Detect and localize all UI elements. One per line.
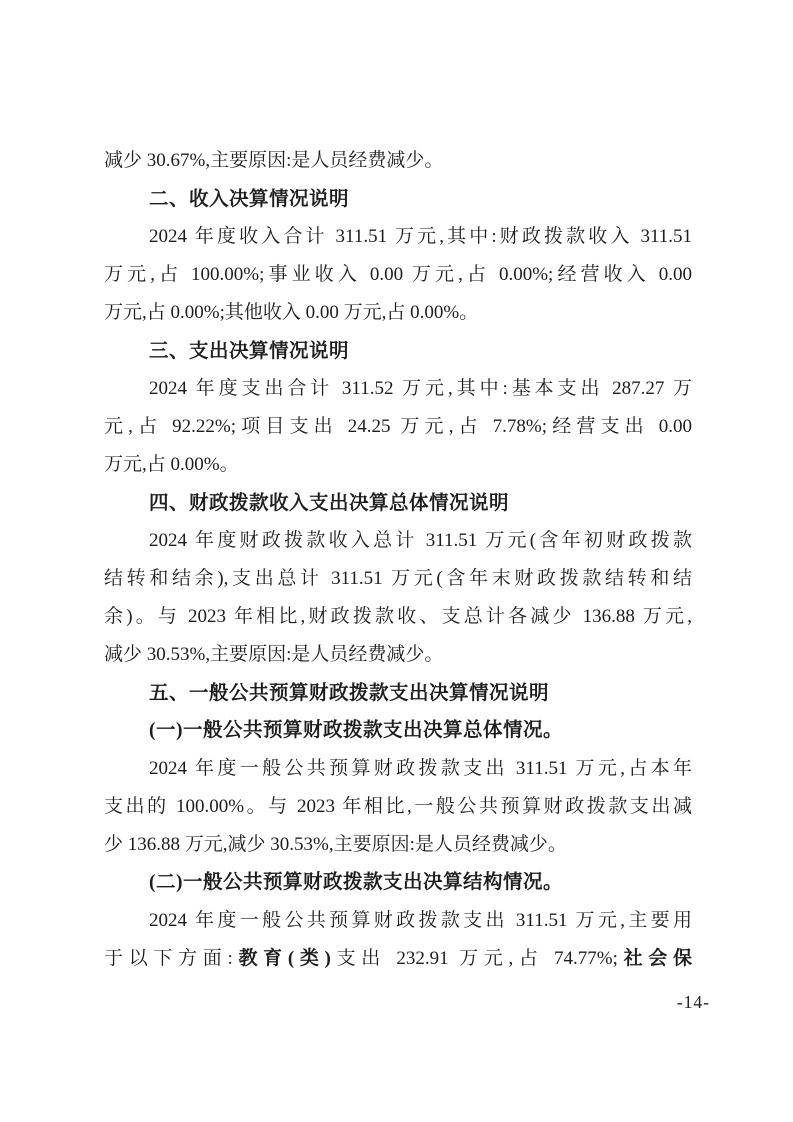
document-page: 减少 30.67%,主要原因:是人员经费减少。二、收入决算情况说明2024 年度…: [0, 0, 793, 1122]
text-segment: 余)。与 2023 年相比,财政拨款收、支总计各减少 136.88 万元,: [104, 606, 692, 627]
text-segment: 2024 年度收入合计 311.51 万元,其中:财政拨款收入 311.51: [149, 226, 692, 247]
text-segment: 于以下方面:: [104, 948, 233, 969]
document-body: 减少 30.67%,主要原因:是人员经费减少。二、收入决算情况说明2024 年度…: [104, 142, 692, 978]
section-heading: 二、收入决算情况说明: [104, 180, 692, 218]
section-heading: 三、支出决算情况说明: [104, 332, 692, 370]
text-segment: 减少 30.67%,主要原因:是人员经费减少。: [104, 150, 443, 171]
text-segment: 结转和结余),支出总计 311.51 万元(含年末财政拨款结转和结: [104, 568, 692, 589]
text-line: 余)。与 2023 年相比,财政拨款收、支总计各减少 136.88 万元,: [104, 598, 692, 636]
text-segment: 2024 年度财政拨款收入总计 311.51 万元(含年初财政拨款: [149, 530, 692, 551]
text-line: 减少 30.53%,主要原因:是人员经费减少。: [104, 636, 692, 674]
text-line: 于以下方面:教育(类)支出 232.91 万元,占 74.77%;社会保: [104, 940, 692, 978]
text-line: 结转和结余),支出总计 311.51 万元(含年末财政拨款结转和结: [104, 560, 692, 598]
text-segment: 2024 年度一般公共预算财政拨款支出 311.51 万元,主要用: [149, 910, 692, 931]
text-line: 元,占 92.22%;项目支出 24.25 万元,占 7.78%;经营支出 0.…: [104, 408, 692, 446]
text-line: 2024 年度收入合计 311.51 万元,其中:财政拨款收入 311.51: [104, 218, 692, 256]
page-number: -14-: [677, 991, 710, 1013]
subsection-heading: (二)一般公共预算财政拨款支出决算结构情况。: [104, 864, 692, 902]
emphasis-text: 四、财政拨款收入支出决算总体情况说明: [149, 491, 509, 514]
text-line: 2024 年度一般公共预算财政拨款支出 311.51 万元,占本年: [104, 750, 692, 788]
text-segment: 万元,占 0.00%;其他收入 0.00 万元,占 0.00%。: [104, 302, 478, 323]
text-segment: 万元,占 0.00%。: [104, 454, 239, 475]
emphasis-text: 二、收入决算情况说明: [149, 187, 349, 210]
text-segment: 少 136.88 万元,减少 30.53%,主要原因:是人员经费减少。: [104, 834, 567, 855]
text-segment: 支出的 100.00%。与 2023 年相比,一般公共预算财政拨款支出减: [104, 796, 692, 817]
subsection-heading: (一)一般公共预算财政拨款支出决算总体情况。: [104, 712, 692, 750]
text-line: 少 136.88 万元,减少 30.53%,主要原因:是人员经费减少。: [104, 826, 692, 864]
text-segment: 万元,占 100.00%;事业收入 0.00 万元,占 0.00%;经营收入 0…: [104, 264, 692, 285]
text-line: 万元,占 0.00%。: [104, 446, 692, 484]
text-segment: 元,占 92.22%;项目支出 24.25 万元,占 7.78%;经营支出 0.…: [104, 416, 692, 437]
text-segment: 2024 年度一般公共预算财政拨款支出 311.51 万元,占本年: [149, 758, 692, 779]
text-line: 支出的 100.00%。与 2023 年相比,一般公共预算财政拨款支出减: [104, 788, 692, 826]
text-line: 2024 年度一般公共预算财政拨款支出 311.51 万元,主要用: [104, 902, 692, 940]
text-segment: 支出 232.91 万元,占 74.77%;: [331, 948, 618, 969]
section-heading: 五、一般公共预算财政拨款支出决算情况说明: [104, 674, 692, 712]
text-line: 减少 30.67%,主要原因:是人员经费减少。: [104, 142, 692, 180]
emphasis-text: 教育(类): [233, 948, 331, 969]
emphasis-text: 三、支出决算情况说明: [149, 339, 349, 362]
text-line: 万元,占 0.00%;其他收入 0.00 万元,占 0.00%。: [104, 294, 692, 332]
text-line: 万元,占 100.00%;事业收入 0.00 万元,占 0.00%;经营收入 0…: [104, 256, 692, 294]
emphasis-text: 社会保: [618, 948, 692, 969]
text-segment: 减少 30.53%,主要原因:是人员经费减少。: [104, 644, 443, 665]
text-line: 2024 年度财政拨款收入总计 311.51 万元(含年初财政拨款: [104, 522, 692, 560]
text-line: 2024 年度支出合计 311.52 万元,其中:基本支出 287.27 万: [104, 370, 692, 408]
emphasis-text: 五、一般公共预算财政拨款支出决算情况说明: [149, 681, 549, 704]
emphasis-text: (二)一般公共预算财政拨款支出决算结构情况。: [149, 872, 563, 893]
emphasis-text: (一)一般公共预算财政拨款支出决算总体情况。: [149, 720, 563, 741]
text-segment: 2024 年度支出合计 311.52 万元,其中:基本支出 287.27 万: [149, 378, 692, 399]
section-heading: 四、财政拨款收入支出决算总体情况说明: [104, 484, 692, 522]
